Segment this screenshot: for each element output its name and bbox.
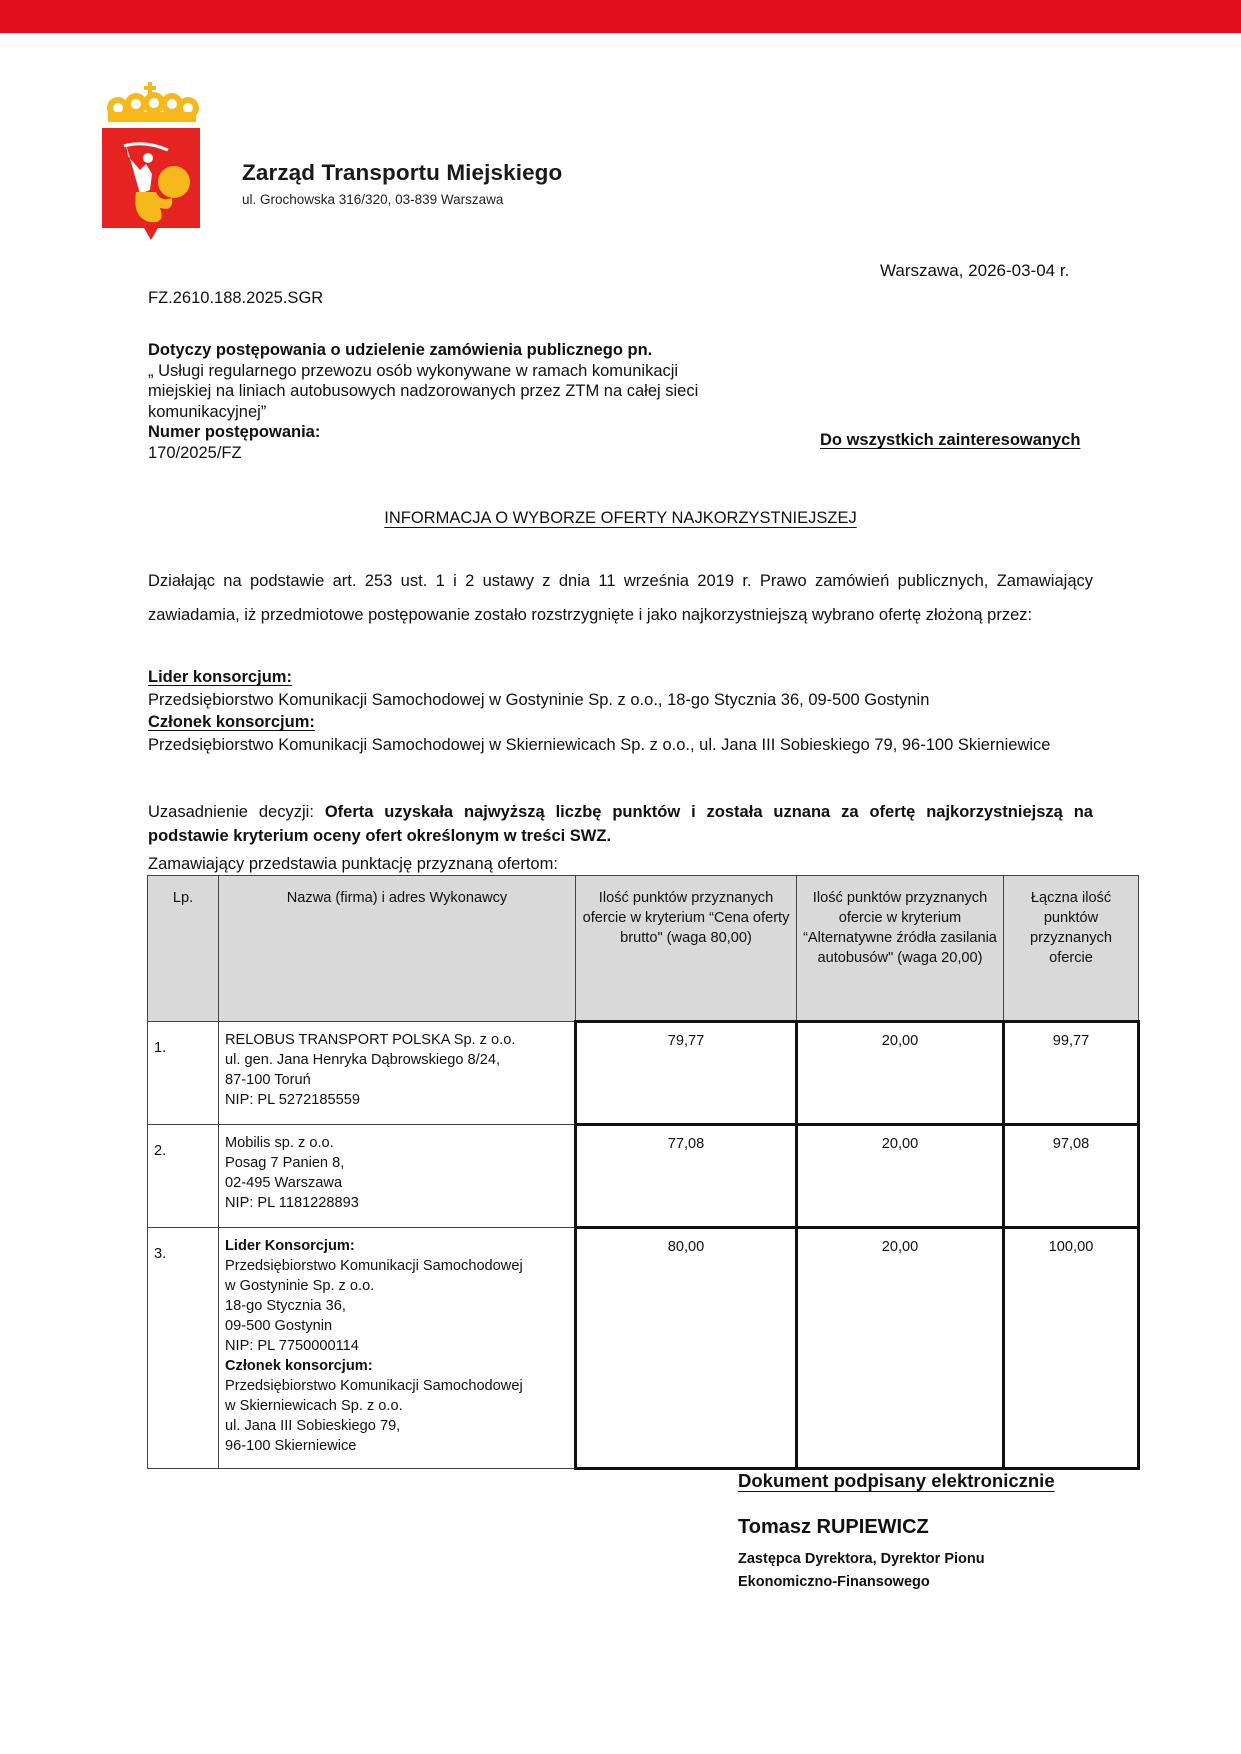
total-points: 100,00 <box>1004 1228 1139 1469</box>
alt-points: 20,00 <box>797 1228 1004 1469</box>
price-points: 79,77 <box>576 1022 797 1125</box>
signatory-role-line: Ekonomiczno-Finansowego <box>738 1571 985 1594</box>
table-intro: Zamawiający przedstawia punktację przyzn… <box>148 854 558 875</box>
justification: Uzasadnienie decyzji: Oferta uzyskała na… <box>148 800 1093 848</box>
header-price-points: Ilość punktów przyznanych ofercie w kryt… <box>576 876 797 1022</box>
organization-name: Zarząd Transportu Miejskiego <box>242 160 562 186</box>
contractor-line: Posag 7 Panien 8, <box>225 1153 568 1173</box>
organization-header: Zarząd Transportu Miejskiego ul. Grochow… <box>242 160 562 207</box>
row-number: 1. <box>148 1022 219 1125</box>
alt-points: 20,00 <box>797 1022 1004 1125</box>
contractor-line: w Gostyninie Sp. z o.o. <box>225 1276 568 1296</box>
member-details: Przedsiębiorstwo Komunikacji Samochodowe… <box>148 734 1093 757</box>
contractor-line: 02-495 Warszawa <box>225 1173 568 1193</box>
contractor-line: ul. Jana III Sobieskiego 79, <box>225 1416 568 1436</box>
document-date: Warszawa, 2026-03-04 r. <box>880 261 1069 282</box>
table-row: 3.Lider Konsorcjum:Przedsiębiorstwo Komu… <box>148 1228 1139 1469</box>
signatory-name: Tomasz RUPIEWICZ <box>738 1516 929 1539</box>
contractor-line: NIP: PL 1181228893 <box>225 1193 568 1213</box>
total-points: 97,08 <box>1004 1125 1139 1228</box>
table-header-row: Lp. Nazwa (firma) i adres Wykonawcy Iloś… <box>148 876 1139 1022</box>
contractor-line: Lider Konsorcjum: <box>225 1236 568 1256</box>
document-title: INFORMACJA O WYBORZE OFERTY NAJKORZYSTNI… <box>0 508 1241 529</box>
table-row: 1.RELOBUS TRANSPORT POLSKA Sp. z o.o.ul.… <box>148 1022 1139 1125</box>
justification-label: Uzasadnienie decyzji: <box>148 803 314 821</box>
contractor-line: RELOBUS TRANSPORT POLSKA Sp. z o.o. <box>225 1030 568 1050</box>
contractor-line: NIP: PL 5272185559 <box>225 1090 568 1110</box>
total-points: 99,77 <box>1004 1022 1139 1125</box>
contractor-line: Przedsiębiorstwo Komunikacji Samochodowe… <box>225 1256 568 1276</box>
reference-number: FZ.2610.188.2025.SGR <box>148 288 323 309</box>
price-points: 80,00 <box>576 1228 797 1469</box>
contractor-line: 87-100 Toruń <box>225 1070 568 1090</box>
document-title-text: INFORMACJA O WYBORZE OFERTY NAJKORZYSTNI… <box>384 509 856 527</box>
leader-details: Przedsiębiorstwo Komunikacji Samochodowe… <box>148 689 1093 712</box>
row-number: 2. <box>148 1125 219 1228</box>
header-lp: Lp. <box>148 876 219 1022</box>
contractor-line: 96-100 Skierniewice <box>225 1436 568 1456</box>
contractor-line: ul. gen. Jana Henryka Dąbrowskiego 8/24, <box>225 1050 568 1070</box>
organization-address: ul. Grochowska 316/320, 03-839 Warszawa <box>242 192 562 207</box>
contractor-line: 18-go Stycznia 36, <box>225 1296 568 1316</box>
contractor-cell: Lider Konsorcjum:Przedsiębiorstwo Komuni… <box>219 1228 576 1469</box>
contractor-line: Członek konsorcjum: <box>225 1356 568 1376</box>
contractor-line: NIP: PL 7750000114 <box>225 1336 568 1356</box>
price-points: 77,08 <box>576 1125 797 1228</box>
contractor-line: 09-500 Gostynin <box>225 1316 568 1336</box>
header-contractor: Nazwa (firma) i adres Wykonawcy <box>219 876 576 1022</box>
header-alt-points: Ilość punktów przyznanych ofercie w kryt… <box>797 876 1004 1022</box>
legal-basis-paragraph: Działając na podstawie art. 253 ust. 1 i… <box>148 564 1093 632</box>
table-row: 2.Mobilis sp. z o.o.Posag 7 Panien 8,02-… <box>148 1125 1139 1228</box>
top-brand-bar <box>0 0 1241 33</box>
recipient: Do wszystkich zainteresowanych <box>820 430 1080 451</box>
contractor-line: Mobilis sp. z o.o. <box>225 1133 568 1153</box>
subject-line: komunikacyjnej” <box>148 402 788 423</box>
selected-offer-block: Lider konsorcjum: Przedsiębiorstwo Komun… <box>148 666 1093 756</box>
subject-line: „ Usługi regularnego przewozu osób wykon… <box>148 361 788 382</box>
header-total-points: Łączna ilość punktów przyznanych ofercie <box>1004 876 1139 1022</box>
subject-line: miejskiej na liniach autobusowych nadzor… <box>148 381 788 402</box>
subject-block: Dotyczy postępowania o udzielenie zamówi… <box>148 340 788 463</box>
signatory-role-line: Zastępca Dyrektora, Dyrektor Pionu <box>738 1548 985 1571</box>
leader-label: Lider konsorcjum: <box>148 666 1093 689</box>
signature-heading: Dokument podpisany elektronicznie <box>738 1470 1055 1492</box>
contractor-cell: RELOBUS TRANSPORT POLSKA Sp. z o.o.ul. g… <box>219 1022 576 1125</box>
contractor-line: w Skierniewicach Sp. z o.o. <box>225 1396 568 1416</box>
scores-table: Lp. Nazwa (firma) i adres Wykonawcy Iloś… <box>147 875 1140 1470</box>
alt-points: 20,00 <box>797 1125 1004 1228</box>
contractor-cell: Mobilis sp. z o.o.Posag 7 Panien 8,02-49… <box>219 1125 576 1228</box>
row-number: 3. <box>148 1228 219 1469</box>
warsaw-coat-of-arms-icon <box>96 78 206 248</box>
member-label: Członek konsorcjum: <box>148 711 1093 734</box>
signatory-role: Zastępca Dyrektora, Dyrektor Pionu Ekono… <box>738 1548 985 1594</box>
procedure-number-label: Numer postępowania: <box>148 422 788 443</box>
subject-label: Dotyczy postępowania o udzielenie zamówi… <box>148 340 788 361</box>
contractor-line: Przedsiębiorstwo Komunikacji Samochodowe… <box>225 1376 568 1396</box>
procedure-number: 170/2025/FZ <box>148 443 788 464</box>
